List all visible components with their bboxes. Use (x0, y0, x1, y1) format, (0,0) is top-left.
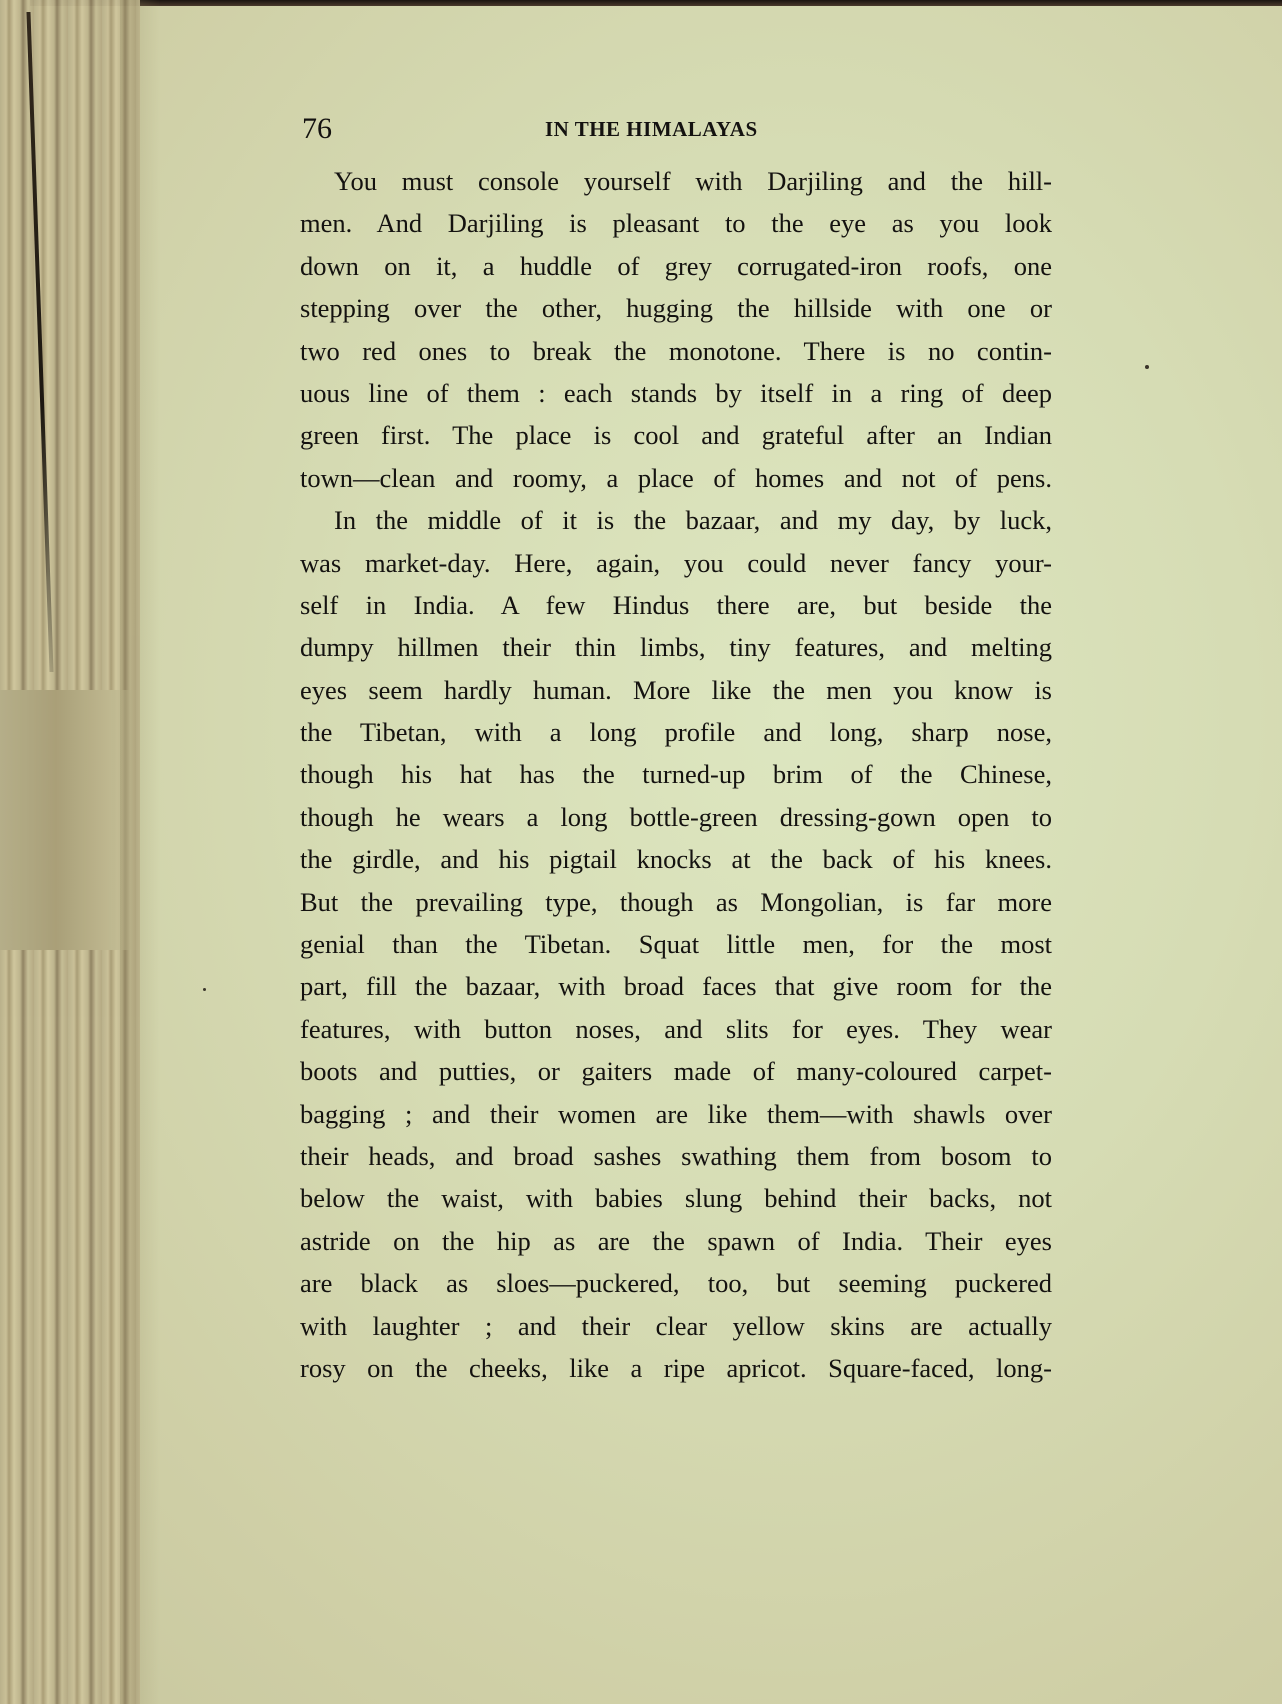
text-line: eyes seem hardly human. More like the me… (300, 669, 1052, 711)
text-line: green first. The place is cool and grate… (300, 414, 1052, 456)
text-line: features, with button noses, and slits f… (300, 1008, 1052, 1050)
text-line: boots and putties, or gaiters made of ma… (300, 1050, 1052, 1092)
text-line: though he wears a long bottle-green dres… (300, 796, 1052, 838)
text-line: self in India. A few Hindus there are, b… (300, 584, 1052, 626)
text-line: part, fill the bazaar, with broad faces … (300, 965, 1052, 1007)
text-line: was market-day. Here, again, you could n… (300, 542, 1052, 584)
text-line: are black as sloes—puckered, too, but se… (300, 1262, 1052, 1304)
paper-speck (1145, 365, 1149, 369)
text-line: rosy on the cheeks, like a ripe apricot.… (300, 1347, 1052, 1389)
page-edges-stack (0, 0, 140, 1704)
text-line: with laughter ; and their clear yellow s… (300, 1305, 1052, 1347)
text-line: the girdle, and his pigtail knocks at th… (300, 838, 1052, 880)
text-line: down on it, a huddle of grey corrugated-… (300, 245, 1052, 287)
text-line: two red ones to break the monotone. Ther… (300, 330, 1052, 372)
text-line: men. And Darjiling is pleasant to the ey… (300, 202, 1052, 244)
text-line: below the waist, with babies slung behin… (300, 1177, 1052, 1219)
text-line: dumpy hillmen their thin limbs, tiny fea… (300, 626, 1052, 668)
running-title: IN THE HIMALAYAS (545, 117, 758, 142)
book-top-edge (30, 0, 1282, 6)
text-line: In the middle of it is the bazaar, and m… (300, 499, 1052, 541)
text-line: genial than the Tibetan. Squat little me… (300, 923, 1052, 965)
text-line: bagging ; and their women are like them—… (300, 1093, 1052, 1135)
text-line: You must console yourself with Darjiling… (300, 160, 1052, 202)
paper-speck (203, 988, 206, 991)
text-line: stepping over the other, hugging the hil… (300, 287, 1052, 329)
page-number: 76 (302, 112, 332, 146)
text-line: uous line of them : each stands by itsel… (300, 372, 1052, 414)
running-head: 76 IN THE HIMALAYAS (300, 100, 1060, 150)
book-page: 76 IN THE HIMALAYAS You must console you… (300, 100, 1060, 1389)
text-line: But the prevailing type, though as Mongo… (300, 881, 1052, 923)
text-line: astride on the hip as are the spawn of I… (300, 1220, 1052, 1262)
text-line: though his hat has the turned-up brim of… (300, 753, 1052, 795)
body-text: You must console yourself with Darjiling… (300, 160, 1060, 1389)
spine-shadow (120, 0, 160, 1704)
text-line: town—clean and roomy, a place of homes a… (300, 457, 1052, 499)
text-line: their heads, and broad sashes swathing t… (300, 1135, 1052, 1177)
text-line: the Tibetan, with a long profile and lon… (300, 711, 1052, 753)
